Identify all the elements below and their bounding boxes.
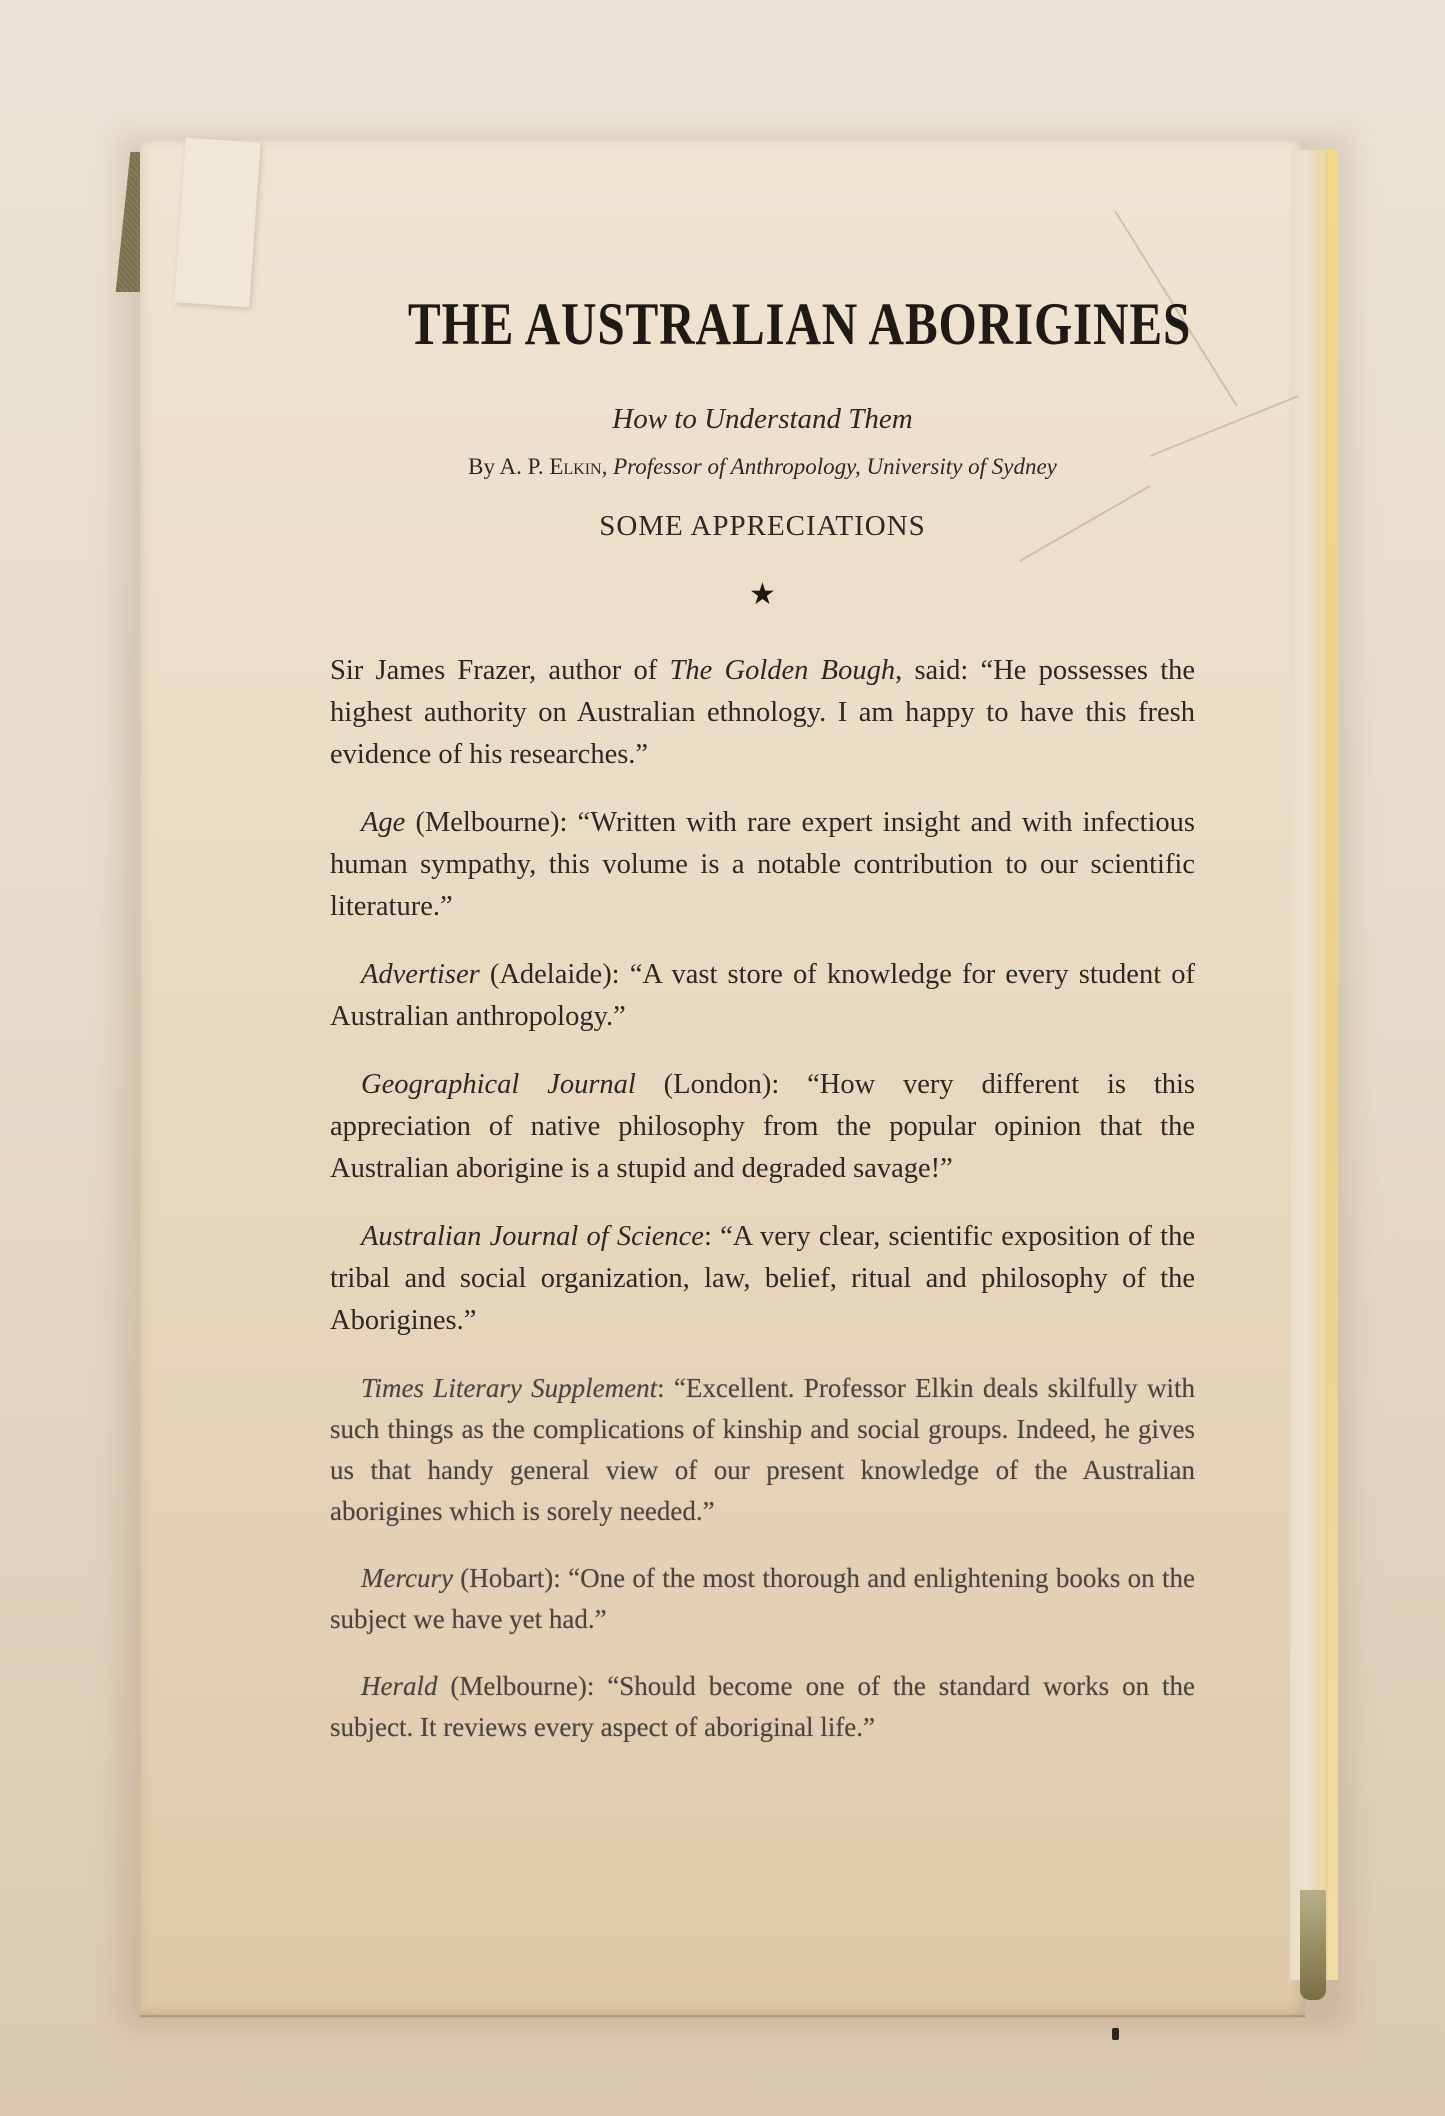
quote-australian-journal-of-science: Australian Journal of Science: “A very c… (330, 1216, 1195, 1342)
quote-source: Herald (361, 1671, 438, 1701)
surface-speck (1112, 2028, 1119, 2040)
book-subtitle: How to Understand Them (330, 403, 1195, 436)
author-byline: By A. P. Elkin, Professor of Anthropolog… (330, 454, 1195, 480)
quote-advertiser: Advertiser (Adelaide): “A vast store of … (330, 954, 1195, 1038)
quote-source: The Golden Bough (670, 655, 896, 686)
author-role: , Professor of Anthropology, University … (602, 454, 1057, 479)
torn-corner-flap (174, 138, 260, 308)
book-title: THE AUSTRALIAN ABORIGINES (408, 290, 1117, 359)
quote-frazer: Sir James Frazer, author of The Golden B… (330, 650, 1195, 776)
worn-spine-corner (1300, 1890, 1326, 2000)
spine-yellow-strip (1328, 150, 1338, 1980)
quote-herald: Herald (Melbourne): “Should become one o… (330, 1666, 1195, 1748)
appreciations-list: Sir James Frazer, author of The Golden B… (330, 650, 1195, 1748)
back-cover-text: THE AUSTRALIAN ABORIGINES How to Underst… (330, 290, 1195, 1774)
quote-mercury: Mercury (Hobart): “One of the most thoro… (330, 1558, 1195, 1640)
bottom-fold-edge (140, 2015, 1305, 2017)
quote-age: Age (Melbourne): “Written with rare expe… (330, 802, 1195, 928)
quote-geographical-journal: Geographical Journal (London): “How very… (330, 1064, 1195, 1190)
byline-prefix: By A. P. (468, 454, 549, 479)
section-heading: SOME APPRECIATIONS (330, 510, 1195, 543)
quote-source: Geographical Journal (361, 1069, 636, 1100)
quote-source: Age (361, 807, 405, 838)
quote-source: Times Literary Supplement (361, 1373, 657, 1403)
quote-source: Mercury (361, 1563, 453, 1593)
quote-times-literary-supplement: Times Literary Supplement: “Excellent. P… (330, 1368, 1195, 1532)
author-name: Elkin (549, 454, 601, 479)
quote-source: Australian Journal of Science (361, 1221, 704, 1252)
jacket-spine-fold (1290, 150, 1330, 1980)
star-ornament-icon: ★ (330, 577, 1195, 612)
quote-source: Advertiser (361, 959, 480, 990)
